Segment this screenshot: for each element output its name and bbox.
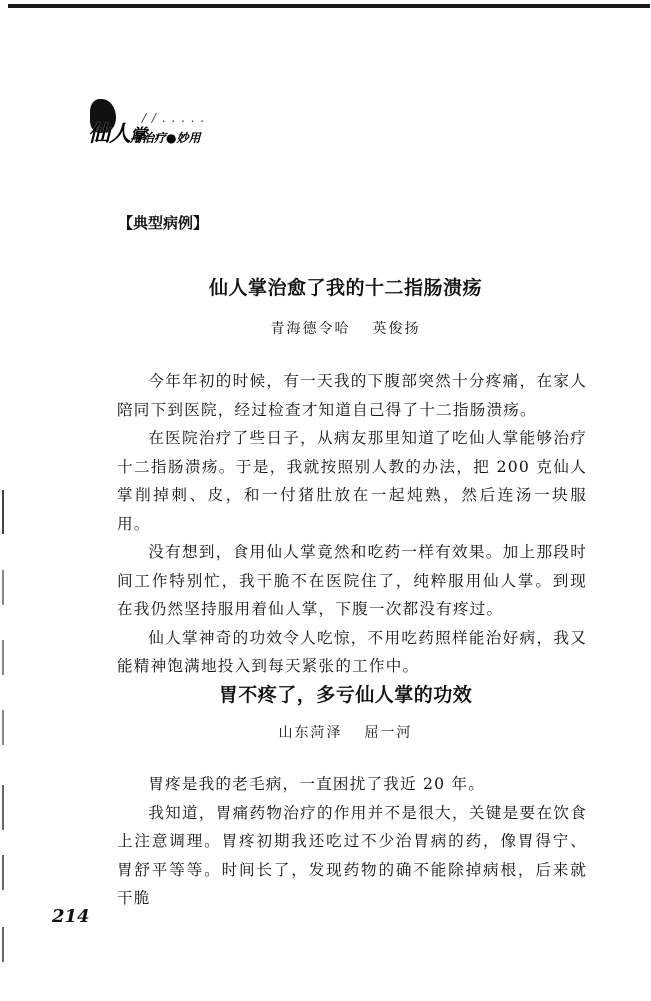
byline-author: 英俊扬: [373, 321, 421, 337]
article-byline: 山东菏泽屈一河: [0, 722, 651, 742]
logo-subtitle: 用治疗●妙用: [130, 129, 200, 146]
scan-edge-mark: [2, 927, 4, 962]
paragraph: 没有想到，食用仙人掌竟然和吃药一样有效果。加上那段时间工作特别忙，我干脆不在医院…: [117, 538, 587, 624]
article-title: 胃不疼了，多亏仙人掌的功效: [0, 680, 651, 707]
paragraph: 今年年初的时候，有一天我的下腹部突然十分疼痛，在家人陪同下到医院，经过检查才知道…: [117, 367, 587, 424]
top-border-rule: [8, 4, 650, 8]
scan-edge-mark: [2, 855, 4, 890]
page-number: 214: [52, 906, 90, 927]
paragraph: 我知道，胃痛药物治疗的作用并不是很大，关键是要在饮食上注意调理。胃疼初期我还吃过…: [117, 799, 587, 913]
logo-decoration: / / . . . . .: [142, 111, 205, 125]
article-byline: 青海德令哈英俊扬: [0, 318, 651, 338]
paragraph: 仙人掌神奇的功效令人吃惊，不用吃药照样能治好病，我又能精神饱满地投入到每天紧张的…: [117, 624, 587, 681]
logo-title-big: 仙人: [88, 121, 130, 147]
byline-place: 青海德令哈: [271, 321, 351, 337]
article-title: 仙人掌治愈了我的十二指肠溃疡: [0, 273, 651, 300]
article-body: 今年年初的时候，有一天我的下腹部突然十分疼痛，在家人陪同下到医院，经过检查才知道…: [117, 367, 587, 681]
section-label: 【典型病例】: [118, 212, 208, 233]
paragraph: 胃疼是我的老毛病，一直困扰了我近 20 年。: [117, 770, 587, 799]
byline-author: 屈一河: [365, 725, 413, 741]
scan-edge-mark: [2, 570, 4, 605]
paragraph: 在医院治疗了些日子，从病友那里知道了吃仙人掌能够治疗十二指肠溃疡。于是，我就按照…: [117, 424, 587, 538]
scan-edge-mark: [2, 640, 4, 675]
scan-edge-mark: [2, 785, 4, 830]
byline-place: 山东菏泽: [279, 725, 343, 741]
scan-edge-mark: [2, 490, 4, 534]
book-header-logo: / / . . . . . 仙人掌 用治疗●妙用: [86, 95, 246, 155]
article-body: 胃疼是我的老毛病，一直困扰了我近 20 年。 我知道，胃痛药物治疗的作用并不是很…: [117, 770, 587, 913]
